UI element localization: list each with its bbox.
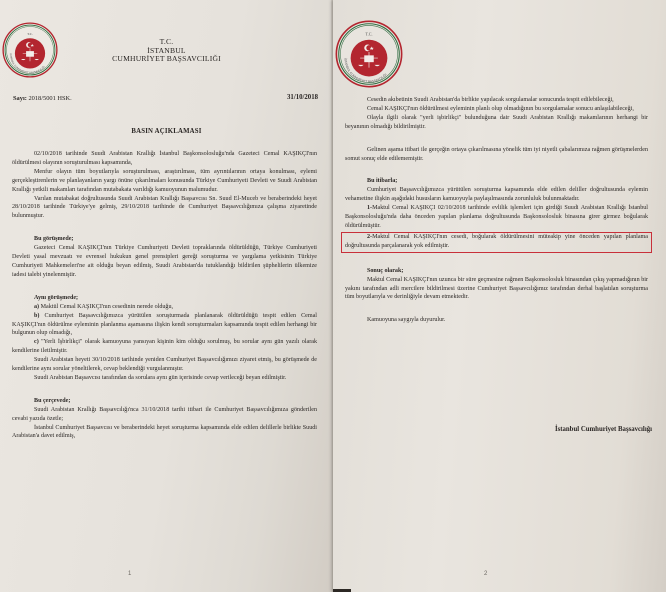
section-heading: Aynı görüşmede; [34, 294, 317, 303]
reference-number: Sayı: 2018/5001 HSK. [13, 95, 72, 102]
section-heading: Sonuç olarak; [367, 267, 648, 276]
document-date: 31/10/2018 [287, 94, 318, 101]
document-title: BASIN AÇIKLAMASI [0, 128, 333, 135]
svg-text:T.C.: T.C. [366, 32, 373, 37]
numbered-item: 2-Maktul Cemal KAŞIKÇI'nın cesedi, boğul… [345, 233, 648, 251]
paragraph: Gazeteci Cemal KAŞIKÇI'nın Türkiye Cumhu… [12, 244, 317, 280]
page-number: 2 [484, 571, 487, 577]
svg-text:T.C.: T.C. [27, 32, 33, 36]
paragraph: Suudi Arabistan Başsavcısı tarafından da… [12, 374, 317, 383]
section-heading: Bu çerçevede; [34, 397, 317, 406]
reference-value: 2018/5001 HSK. [27, 95, 72, 102]
document-page-1: T.C. İSTANBUL CUMHURİYET BAŞSAVCILIĞI T.… [0, 0, 333, 592]
signature: İstanbul Cumhuriyet Başsavcılığı [555, 426, 652, 433]
paragraph: Cumhuriyet Başsavcılığımızca yürütülen s… [345, 186, 648, 204]
paragraph: Suudi Arabistan Krallığı Başsavcılığı'nc… [12, 406, 317, 424]
paragraph: 02/10/2018 tarihinde Suudi Arabistan Kra… [12, 150, 317, 168]
document-page-2: T.C. İSTANBUL CUMHURİYET BAŞSAVCILIĞI Ce… [333, 0, 666, 592]
paragraph: Maktul Cemal KAŞIKÇI'nın uzunca bir süre… [345, 276, 648, 303]
paragraph: Olayla ilgili olarak "yerli işbirlikçi" … [345, 114, 648, 132]
letterhead-line-3: CUMHURİYET BAŞSAVCILIĞI [0, 55, 333, 64]
paragraph: Varılan mutabakat doğrultusunda Suudi Ar… [12, 195, 317, 222]
paragraph: Cemal KAŞIKÇI'nın öldürülmesi eyleminin … [345, 105, 648, 114]
list-item: b) Cumhuriyet Başsavcılığımızca yürütüle… [12, 312, 317, 339]
list-item: a) Maktül Cemal KAŞIKÇI'nın cesedinin ne… [12, 303, 317, 312]
closing-line: Kamuoyuna saygıyla duyurulur. [345, 316, 648, 325]
paragraph: İstanbul Cumhuriyet Başsavcısı ve berabe… [12, 424, 317, 442]
letterhead: T.C. İSTANBUL CUMHURİYET BAŞSAVCILIĞI [0, 38, 333, 64]
page-1-body: 02/10/2018 tarihinde Suudi Arabistan Kra… [12, 150, 317, 441]
numbered-item: 1-Maktul Cemal KAŞIKÇI 02/10/2018 tarihi… [345, 204, 648, 231]
section-heading: Bu itibarla; [367, 177, 648, 186]
page-2-body: Cesedin akıbetinin Suudi Arabistan'da bi… [345, 96, 648, 325]
paragraph: Cesedin akıbetinin Suudi Arabistan'da bi… [345, 96, 648, 105]
section-heading: Bu görüşmede; [34, 235, 317, 244]
page-number: 1 [128, 571, 131, 577]
justice-seal-icon: T.C. İSTANBUL CUMHURİYET BAŞSAVCILIĞI [335, 20, 403, 88]
list-item: c) "Yerli İşbirlikçi" olarak kamuoyuna y… [12, 338, 317, 356]
paragraph: Suudi Arabistan heyeti 30/10/2018 tarihi… [12, 356, 317, 374]
reference-label: Sayı: [13, 95, 27, 102]
paragraph: Menfur olayın tüm boyutlarıyla soruşturu… [12, 168, 317, 195]
paragraph: Gelinen aşama itibari ile gerçeğin ortay… [345, 146, 648, 164]
highlighted-statement: 2-Maktul Cemal KAŞIKÇI'nın cesedi, boğul… [341, 232, 652, 253]
